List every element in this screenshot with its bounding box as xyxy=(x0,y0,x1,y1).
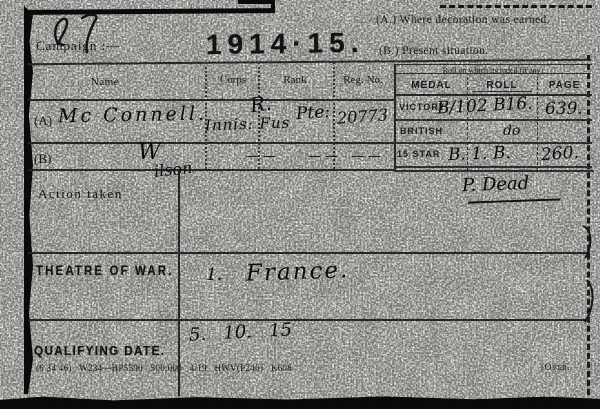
note-b-present-situation: (B.) Present situation. xyxy=(379,45,489,57)
over-note: [Over. xyxy=(541,363,570,373)
qualifying-date-value: 5. 10. 15 xyxy=(189,319,293,345)
qualifying-date-label: QUALIFYING DATE. xyxy=(34,343,165,358)
form-print-code: (6 34 46) W234—HP5590 500,000 4/19 HWV(P… xyxy=(36,363,292,373)
note-a-where-decoration-earned: (A.) Where decoration was earned. xyxy=(376,14,550,26)
row-a-name-value: Mc Connell. xyxy=(58,103,207,128)
campaign-year-stamp: 1914·15. xyxy=(206,27,365,61)
action-annotation-p-dead: P. Dead xyxy=(462,173,530,196)
row-b-label: (B) xyxy=(34,151,51,167)
medal-victory-row-rule xyxy=(394,119,592,121)
rule-under-row-b xyxy=(28,169,394,171)
rule-under-row-a xyxy=(28,142,394,144)
victory-page-value: 639. xyxy=(545,99,583,119)
scan-edge-bottom xyxy=(0,395,600,409)
row-a-rank-value: Pte: xyxy=(295,102,330,124)
roll-column-header: ROLL xyxy=(467,80,537,91)
row-a-reg-no-value: 20773 xyxy=(336,105,388,128)
margin-bracket-mark xyxy=(578,222,598,327)
page-column-header: PAGE xyxy=(537,80,592,91)
rule-qualifying-top xyxy=(28,319,590,321)
star-roll-value: B. 1. B. xyxy=(448,143,511,165)
star-medal-label: 15 STAR xyxy=(397,149,440,159)
column-header-corps: Corps xyxy=(208,74,258,86)
theatre-value-france: France. xyxy=(246,257,350,287)
pen-squiggle-mark xyxy=(40,8,120,54)
scan-edge-top-short xyxy=(238,0,272,4)
column-header-rank: Rank xyxy=(260,74,330,86)
row-a-corps-line2: Innis: Fus xyxy=(205,114,291,135)
row-b-reg-no-dashes: — — xyxy=(351,149,381,164)
victory-roll-value: B/102 B16. xyxy=(437,94,534,119)
star-page-value: 260. xyxy=(540,143,579,166)
medal-bottom-rule-inner xyxy=(394,170,594,172)
medal-bottom-rule-outer xyxy=(394,166,592,168)
rule-under-column-headers xyxy=(28,99,394,101)
medal-roll-word-underline xyxy=(472,91,532,92)
row-b-corps-dashes: — — xyxy=(246,149,276,164)
rule-theatre-top xyxy=(28,252,590,254)
medal-roll-header: Roll on which included (if any) xyxy=(396,66,590,75)
row-a-label: (A) xyxy=(34,113,52,129)
action-taken-label: Action taken xyxy=(38,186,123,202)
scan-edge-top-tick xyxy=(271,0,275,13)
row-b-rank-dashes: — — xyxy=(308,149,338,164)
british-roll-ditto: do xyxy=(503,123,520,139)
row-b-name-line2: ilson xyxy=(153,158,193,181)
theatre-of-war-label: THEATRE OF WAR. xyxy=(36,263,173,278)
medal-column-header: MEDAL xyxy=(396,80,467,91)
column-header-reg-no: Reg. No. xyxy=(334,74,392,86)
british-medal-label: BRITISH xyxy=(400,126,443,136)
medal-index-card: Campaign :— 1914·15. (A.) Where decorati… xyxy=(0,0,600,409)
medal-table-top-border xyxy=(394,64,592,65)
theatre-number-value: 1. xyxy=(206,265,222,285)
p-dead-underline xyxy=(468,198,560,203)
column-header-name: Name xyxy=(65,76,145,88)
scan-edge-top-right xyxy=(440,5,592,8)
